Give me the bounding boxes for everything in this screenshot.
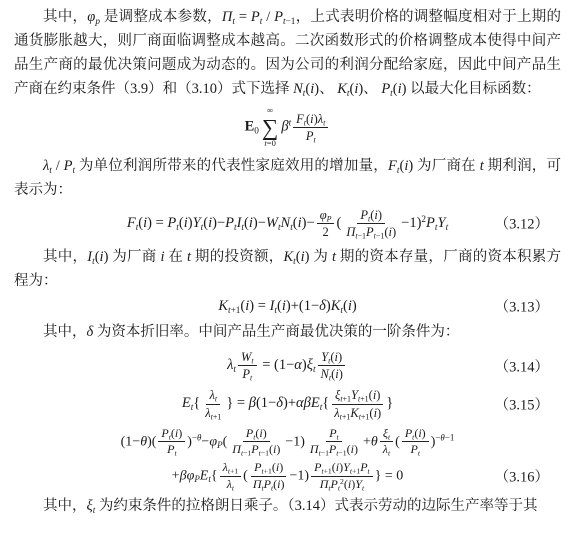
equation-3-12-label: （3.12） — [495, 213, 549, 234]
equation-3-12-formula: Ft(i) = Pt(i)Yt(i)−PtIt(i)−WtNt(i)−φP2(P… — [127, 207, 448, 240]
equation-3-16-line1-formula: (1−θ)(Pt(i)Pt)−θ−φP(Pt(i)Πt−1Pt−1(i)−1)P… — [121, 426, 455, 458]
paragraph-phi-intro: 其中，φp 是调整成本参数，Πt = Pt / Pt−1，上式表明价格的调整幅度… — [14, 5, 561, 101]
paragraph-depreciation: 其中，δ 为资本折旧率。中间产品生产商最优决策的一阶条件为： — [14, 320, 561, 344]
equation-3-16-line1: (1−θ)(Pt(i)Pt)−θ−φP(Pt(i)Πt−1Pt−1(i)−1)P… — [14, 426, 561, 458]
equation-objective: E0∞∑t=0βtFt(i)λtPt — [14, 106, 561, 149]
equation-3-16-label: （3.16） — [495, 466, 549, 487]
equation-3-15-label: （3.15） — [495, 394, 549, 415]
equation-3-15: Et{λtλt+1} = β(1−δ)+αβEt{ξt+1Yt+1(i)λt+1… — [14, 387, 561, 420]
paragraph-lagrange: 其中，ξt 为约束条件的拉格朗日乘子。（3.14）式表示劳动的边际生产率等于其 — [14, 494, 561, 518]
equation-3-13: Kt+1(i) = It(i)+(1−δ)Kt(i) （3.13） — [14, 298, 561, 315]
equation-3-13-label: （3.13） — [495, 296, 549, 317]
paragraph-investment: 其中，It(i) 为厂商 i 在 t 期的投资额，Kt(i) 为 t 期的资本存… — [14, 245, 561, 293]
equation-3-16-line2: +βφPEt{λt+1λt(Pt+1(i)ΠtPt(i)−1)Pt+1(i)Yt… — [14, 460, 561, 492]
paragraph-lambda-utility: λt / Pt 为单位利润所带来的代表性家庭效用的增加量，Ft(i) 为厂商在 … — [14, 154, 561, 202]
equation-objective-formula: E0∞∑t=0βtFt(i)λtPt — [245, 106, 331, 149]
document-page: 其中，φp 是调整成本参数，Πt = Pt / Pt−1，上式表明价格的调整幅度… — [0, 0, 575, 554]
equation-3-15-formula: Et{λtλt+1} = β(1−δ)+αβEt{ξt+1Yt+1(i)λt+1… — [182, 387, 393, 420]
equation-3-13-formula: Kt+1(i) = It(i)+(1−δ)Kt(i) — [218, 298, 356, 315]
equation-3-12: Ft(i) = Pt(i)Yt(i)−PtIt(i)−WtNt(i)−φP2(P… — [14, 207, 561, 240]
equation-3-14-label: （3.14） — [495, 355, 549, 376]
equation-3-14-formula: λtWtPt = (1−α)ξtYt(i)Nt(i) — [227, 349, 348, 382]
equation-3-16-line2-formula: +βφPEt{λt+1λt(Pt+1(i)ΠtPt(i)−1)Pt+1(i)Yt… — [172, 460, 404, 492]
equation-3-14: λtWtPt = (1−α)ξtYt(i)Nt(i) （3.14） — [14, 349, 561, 382]
